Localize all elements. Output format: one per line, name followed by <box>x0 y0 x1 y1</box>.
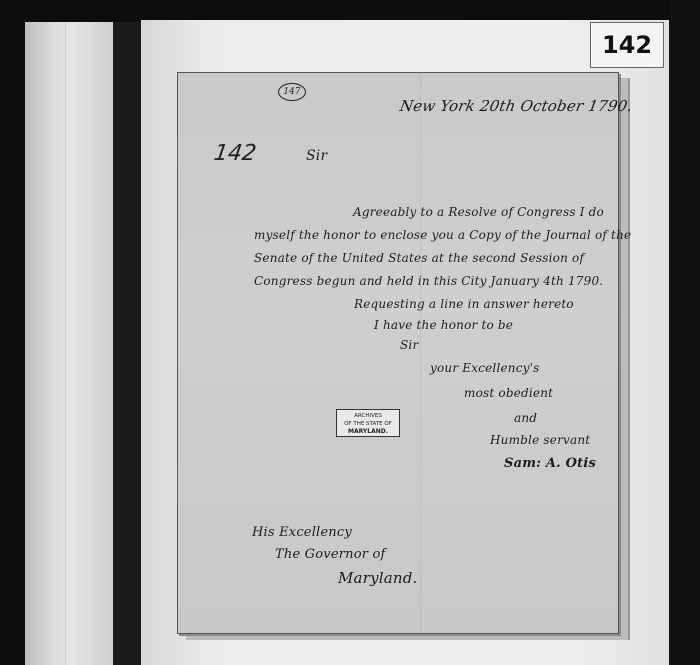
stamp-line-1: ARCHIVES <box>337 412 399 420</box>
signature: Sam: A. Otis <box>504 456 596 471</box>
closing-line-2: Sir <box>400 338 418 352</box>
film-border-top <box>0 0 700 20</box>
closing-line-4: most obedient <box>464 386 553 400</box>
body-line-2: myself the honor to enclose you a Copy o… <box>254 228 631 242</box>
pencil-folio-number: 142 <box>212 141 258 166</box>
closing-line-6: Humble servant <box>490 433 590 447</box>
body-line-4: Congress begun and held in this City Jan… <box>254 274 603 288</box>
closing-line-3: your Excellency's <box>430 361 540 375</box>
circled-folio-number: 147 <box>278 83 306 101</box>
closing-line-1: I have the honor to be <box>374 318 513 332</box>
film-border-right <box>669 0 700 665</box>
address-line-2: The Governor of <box>275 547 386 562</box>
letter-sheet: 147 142 New York 20th October 1790. Sir … <box>177 72 619 634</box>
address-line-3: Maryland. <box>338 569 418 587</box>
closing-line-5: and <box>514 411 537 425</box>
body-line-5: Requesting a line in answer hereto <box>354 297 574 311</box>
body-line-3: Senate of the United States at the secon… <box>254 251 584 265</box>
stamp-line-3: MARYLAND. <box>337 428 399 436</box>
salutation: Sir <box>306 148 327 164</box>
frame-number-label: 142 <box>590 22 664 68</box>
place-date-line: New York 20th October 1790. <box>398 97 634 115</box>
stamp-line-2: OF THE STATE OF <box>337 420 399 428</box>
adjacent-page-strip <box>25 22 113 665</box>
address-line-1: His Excellency <box>252 525 352 540</box>
archives-stamp: ARCHIVES OF THE STATE OF MARYLAND. <box>336 409 400 437</box>
body-line-1: Agreeably to a Resolve of Congress I do <box>353 205 604 219</box>
